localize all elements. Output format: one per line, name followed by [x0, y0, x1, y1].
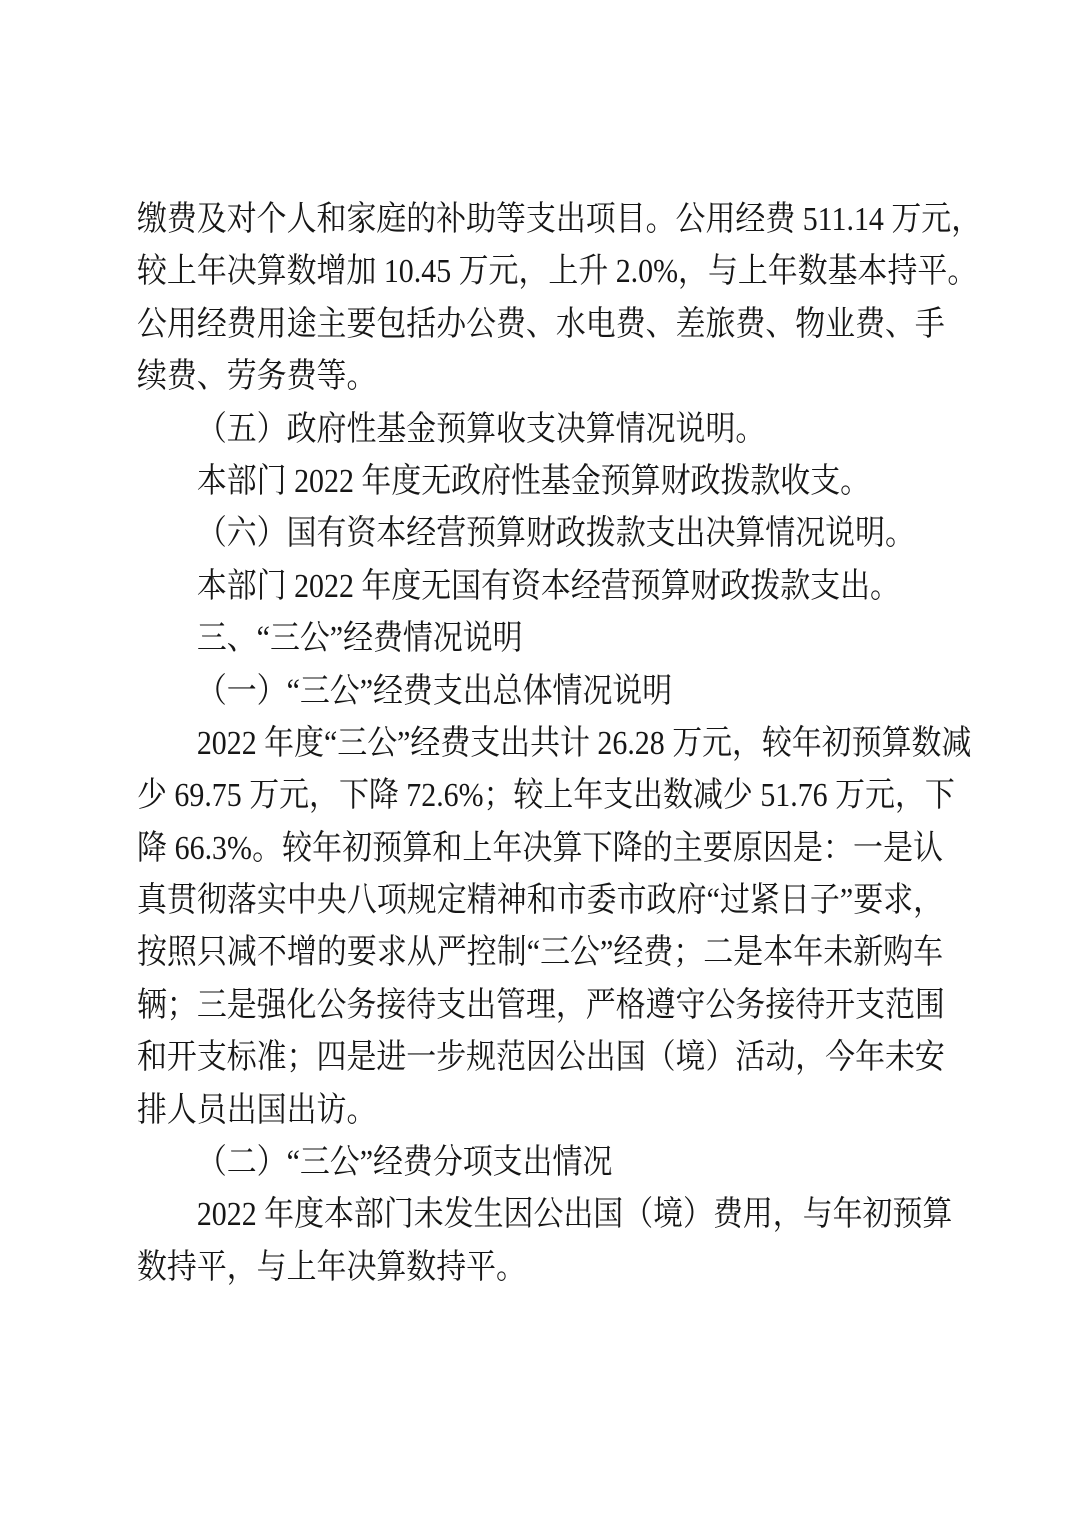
text-line: 2022 年度本部门未发生因公出国（境）费用，与年初预算 [137, 1189, 943, 1241]
text-line: 降 66.3%。较年初预算和上年决算下降的主要原因是：一是认 [137, 823, 943, 875]
text-line: 续费、劳务费等。 [137, 351, 943, 403]
text-line: （二）“三公”经费分项支出情况 [137, 1137, 943, 1189]
text-line: 排人员出国出访。 [137, 1085, 943, 1137]
text-line: 真贯彻落实中央八项规定精神和市委市政府“过紧日子”要求， [137, 875, 943, 927]
text-line: 辆；三是强化公务接待支出管理，严格遵守公务接待开支范围 [137, 980, 943, 1032]
text-line: 和开支标准；四是进一步规范因公出国（境）活动，今年未安 [137, 1032, 943, 1084]
text-line: 三、“三公”经费情况说明 [137, 613, 943, 665]
text-line: 本部门 2022 年度无国有资本经营预算财政拨款支出。 [137, 561, 943, 613]
text-line: 按照只减不增的要求从严控制“三公”经费；二是本年未新购车 [137, 927, 943, 979]
text-line: （五）政府性基金预算收支决算情况说明。 [137, 404, 943, 456]
text-line: 数持平，与上年决算数持平。 [137, 1242, 943, 1294]
text-line: （一）“三公”经费支出总体情况说明 [137, 666, 943, 718]
text-line: 少 69.75 万元，下降 72.6%；较上年支出数减少 51.76 万元，下 [137, 770, 943, 822]
document-page: { "page": { "background_color": "#ffffff… [0, 0, 1075, 1520]
document-body: 缴费及对个人和家庭的补助等支出项目。公用经费 511.14 万元，较上年决算数增… [137, 194, 1053, 1294]
text-line: 本部门 2022 年度无政府性基金预算财政拨款收支。 [137, 456, 943, 508]
text-line: 缴费及对个人和家庭的补助等支出项目。公用经费 511.14 万元， [137, 194, 943, 246]
text-line: 公用经费用途主要包括办公费、水电费、差旅费、物业费、手 [137, 299, 943, 351]
text-line: （六）国有资本经营预算财政拨款支出决算情况说明。 [137, 508, 943, 560]
text-line: 较上年决算数增加 10.45 万元，上升 2.0%，与上年数基本持平。 [137, 246, 943, 298]
text-line: 2022 年度“三公”经费支出共计 26.28 万元，较年初预算数减 [137, 718, 943, 770]
